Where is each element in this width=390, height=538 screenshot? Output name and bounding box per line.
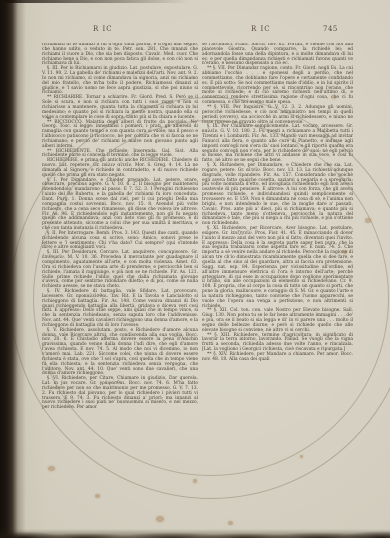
book-gutter-shadow [0,0,26,538]
foxing-spot [156,516,164,522]
paragraph: §. V. Richiedere, assolutam. posto, e Ri… [42,329,198,377]
paragraph: §. III. Per Desiderare, Cercare. Lat. an… [42,251,198,290]
running-header: R IC R IC 745 [0,25,390,37]
scanned-page: R IC R IC 745 richiamati di te dinanzi a… [0,0,390,538]
text-column-right: se l'accudisci. Franc. Sacch. nov. 62. P… [202,43,353,431]
foxing-spot [95,494,100,498]
text-column-left: richiamati di te dinanzi a lui d'ogni va… [42,43,198,431]
paragraph: ** §. XIV. Richiedere, per Mandare a chi… [202,353,353,363]
foxing-spot [48,466,55,471]
foxing-spot [300,455,303,458]
paragraph: ** §. VII. Per Dimandar ragione, conto. … [202,67,353,106]
paragraph: richiamati di te dinanzi a lui d'ogni va… [42,43,198,67]
top-edge-shadow [0,0,190,3]
paragraph: §. II. Per Interrogare. Bemb. Pros. 3. 1… [42,232,198,251]
running-title-left: R IC [93,25,113,33]
paragraph: §. I. Per Dimandare, e Chieder pregando.… [42,179,198,232]
page-number: 745 [323,25,338,33]
paragraph: §. X. Richiedere, per Dimandare, e Chied… [202,164,353,227]
paragraph: §. VI. Richiedere, per Citare, Chiamare … [42,377,198,411]
paragraph: §. IX. Per Chiamare semplicemente. Lat. … [202,125,353,164]
paragraph: ** §. XII. Col. ton. con. vale Nostro pe… [202,309,353,333]
paragraph: ** §. VIII. Per Inquisire. G. V. 12. 3. … [202,106,353,125]
paragraph: ** §. XIII. Richiedere, termine d'agrico… [202,334,353,353]
paragraph: ** RICHIARIRE. Tornar a schiarire. Fr. G… [42,96,198,120]
paragraph: §. IV. Richiedere di battaglia, vale Sfi… [42,290,198,329]
foxing-spot [365,218,371,223]
paragraph: §. XI. Richiedere, per Ricercare, Aver b… [202,227,353,309]
page-paper: R IC R IC 745 richiamati di te dinanzi a… [0,0,390,538]
running-title-right: R IC [251,25,271,33]
bottom-edge-shadow [0,524,390,538]
foxing-spot [193,479,197,483]
paragraph: se l'accudisci. Franc. Sacch. nov. 62. P… [202,43,353,67]
foxing-spot [332,96,336,99]
paragraph: §. III. Per lo Richiamarsi in giudizio. … [42,67,198,96]
foxing-spot [343,250,347,254]
paragraph: ** RICCIOCCO. Malattia degli alberi di f… [42,121,198,150]
paragraph: RICHIEDERE, e prima gli antichi anche RI… [42,159,198,178]
ink-speck [47,117,49,119]
